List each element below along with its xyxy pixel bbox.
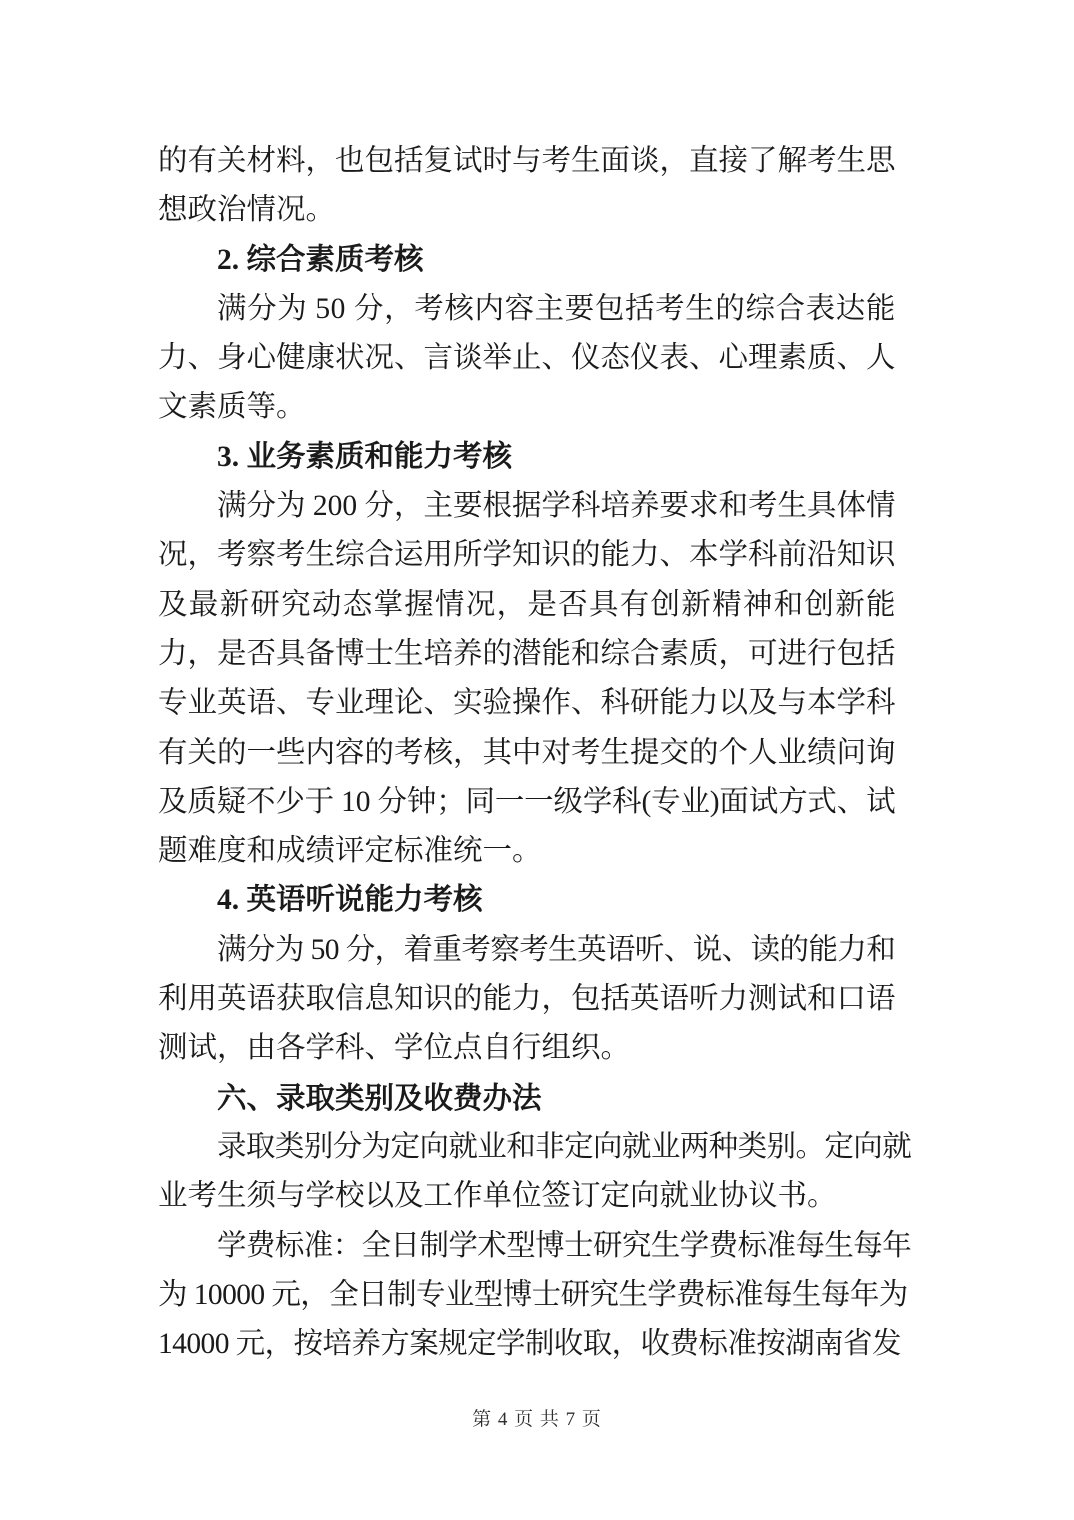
body-text-line: 及最新研究动态掌握情况，是否具有创新精神和创新能 bbox=[158, 581, 895, 630]
body-text-line: 利用英语获取信息知识的能力，包括英语听力测试和口语 bbox=[158, 975, 895, 1024]
body-text-line: 学费标准：全日制学术型博士研究生学费标准每生每年 bbox=[158, 1222, 895, 1271]
body-text-line: 测试，由各学科、学位点自行组织。 bbox=[158, 1024, 895, 1073]
section-heading: 六、录取类别及收费办法 bbox=[158, 1074, 895, 1123]
body-text-line: 录取类别分为定向就业和非定向就业两种类别。定向就 bbox=[158, 1123, 895, 1172]
body-text-line: 的有关材料，也包括复试时与考生面谈，直接了解考生思 bbox=[158, 137, 895, 186]
body-text-line: 想政治情况。 bbox=[158, 186, 895, 235]
body-text-line: 14000 元，按培养方案规定学制收取，收费标准按湖南省发 bbox=[158, 1320, 895, 1369]
body-text-line: 业考生须与学校以及工作单位签订定向就业协议书。 bbox=[158, 1172, 895, 1221]
document-page: 的有关材料，也包括复试时与考生面谈，直接了解考生思想政治情况。2. 综合素质考核… bbox=[0, 0, 1074, 1520]
body-text-line: 力、身心健康状况、言谈举止、仪态仪表、心理素质、人 bbox=[158, 334, 895, 383]
body-text-line: 满分为 200 分，主要根据学科培养要求和考生具体情 bbox=[158, 482, 895, 531]
body-text-line: 满分为 50 分，着重考察考生英语听、说、读的能力和 bbox=[158, 926, 895, 975]
section-heading: 4. 英语听说能力考核 bbox=[158, 876, 895, 925]
body-text-line: 力，是否具备博士生培养的潜能和综合素质，可进行包括 bbox=[158, 630, 895, 679]
section-heading: 3. 业务素质和能力考核 bbox=[158, 433, 895, 482]
section-heading: 2. 综合素质考核 bbox=[158, 236, 895, 285]
document-body: 的有关材料，也包括复试时与考生面谈，直接了解考生思想政治情况。2. 综合素质考核… bbox=[0, 0, 1074, 1369]
body-text-line: 况，考察考生综合运用所学知识的能力、本学科前沿知识 bbox=[158, 531, 895, 580]
body-text-line: 及质疑不少于 10 分钟；同一一级学科(专业)面试方式、试 bbox=[158, 778, 895, 827]
body-text-line: 满分为 50 分，考核内容主要包括考生的综合表达能 bbox=[158, 285, 895, 334]
body-text-line: 专业英语、专业理论、实验操作、科研能力以及与本学科 bbox=[158, 679, 895, 728]
body-text-line: 为 10000 元，全日制专业型博士研究生学费标准每生每年为 bbox=[158, 1271, 895, 1320]
body-text-line: 有关的一些内容的考核，其中对考生提交的个人业绩问询 bbox=[158, 729, 895, 778]
page-number-footer: 第 4 页 共 7 页 bbox=[0, 1407, 1074, 1433]
body-text-line: 文素质等。 bbox=[158, 383, 895, 432]
body-text-line: 题难度和成绩评定标准统一。 bbox=[158, 827, 895, 876]
